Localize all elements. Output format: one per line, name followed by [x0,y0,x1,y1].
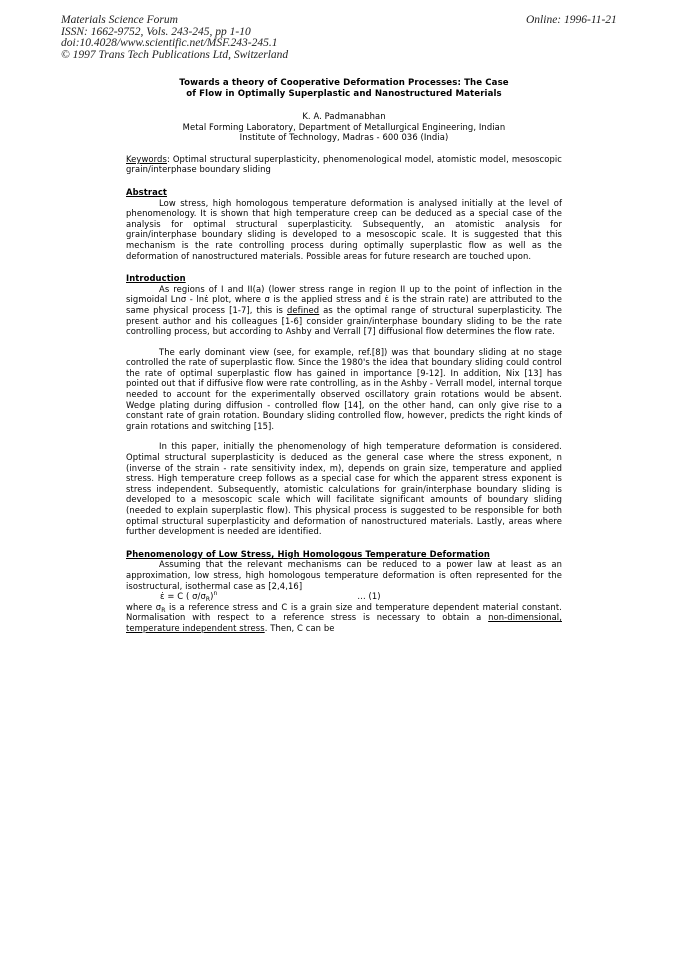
phenomenology-paragraph-1: Assuming that the relevant mechanisms ca… [126,559,562,591]
paper-title: Towards a theory of Cooperative Deformat… [126,78,562,100]
affiliation: Metal Forming Laboratory, Department of … [126,122,562,143]
publication-metadata: Materials Science Forum ISSN: 1662-9752,… [61,15,288,61]
emphasized-defined: defined [287,305,319,315]
text-span: . Then, C can be [265,623,335,633]
equation-number: ... (1) [357,591,380,602]
introduction-heading: Introduction [126,273,562,284]
affiliation-line-1: Metal Forming Laboratory, Department of … [126,122,562,133]
doi-line: doi:10.4028/www.scientific.net/MSF.243-2… [61,38,288,50]
abstract-text: Low stress, high homologous temperature … [126,198,562,262]
title-line-2: of Flow in Optimally Superplastic and Na… [126,89,562,100]
keywords-text: : Optimal structural superplasticity, ph… [126,154,562,175]
online-date: Online: 1996-11-21 [526,15,617,27]
title-line-1: Towards a theory of Cooperative Deformat… [126,78,562,89]
author: K. A. Padmanabhan [126,111,562,122]
introduction-paragraph-1: As regions of I and II(a) (lower stress … [126,284,562,337]
keywords-label: Keywords [126,154,167,164]
phenomenology-heading: Phenomenology of Low Stress, High Homolo… [126,549,562,560]
journal-name: Materials Science Forum [61,15,288,27]
phenomenology-paragraph-2: where σR is a reference stress and C is … [126,602,562,634]
text-span: where σ [126,602,161,612]
equation-body: ε̇ = C ( σ/σ [160,591,206,601]
paper-body: Towards a theory of Cooperative Deformat… [126,78,562,634]
affiliation-line-2: Institute of Technology, Madras - 600 03… [126,132,562,143]
equation-exponent: n [214,590,218,597]
equation-1: ε̇ = C ( σ/σR)n... (1) [126,591,562,602]
introduction-paragraph-3: In this paper, initially the phenomenolo… [126,441,562,536]
abstract-heading: Abstract [126,187,562,198]
introduction-paragraph-2: The early dominant view (see, for exampl… [126,347,562,432]
keywords: Keywords: Optimal structural superplasti… [126,154,562,175]
copyright-line: © 1997 Trans Tech Publications Ltd, Swit… [61,50,288,62]
